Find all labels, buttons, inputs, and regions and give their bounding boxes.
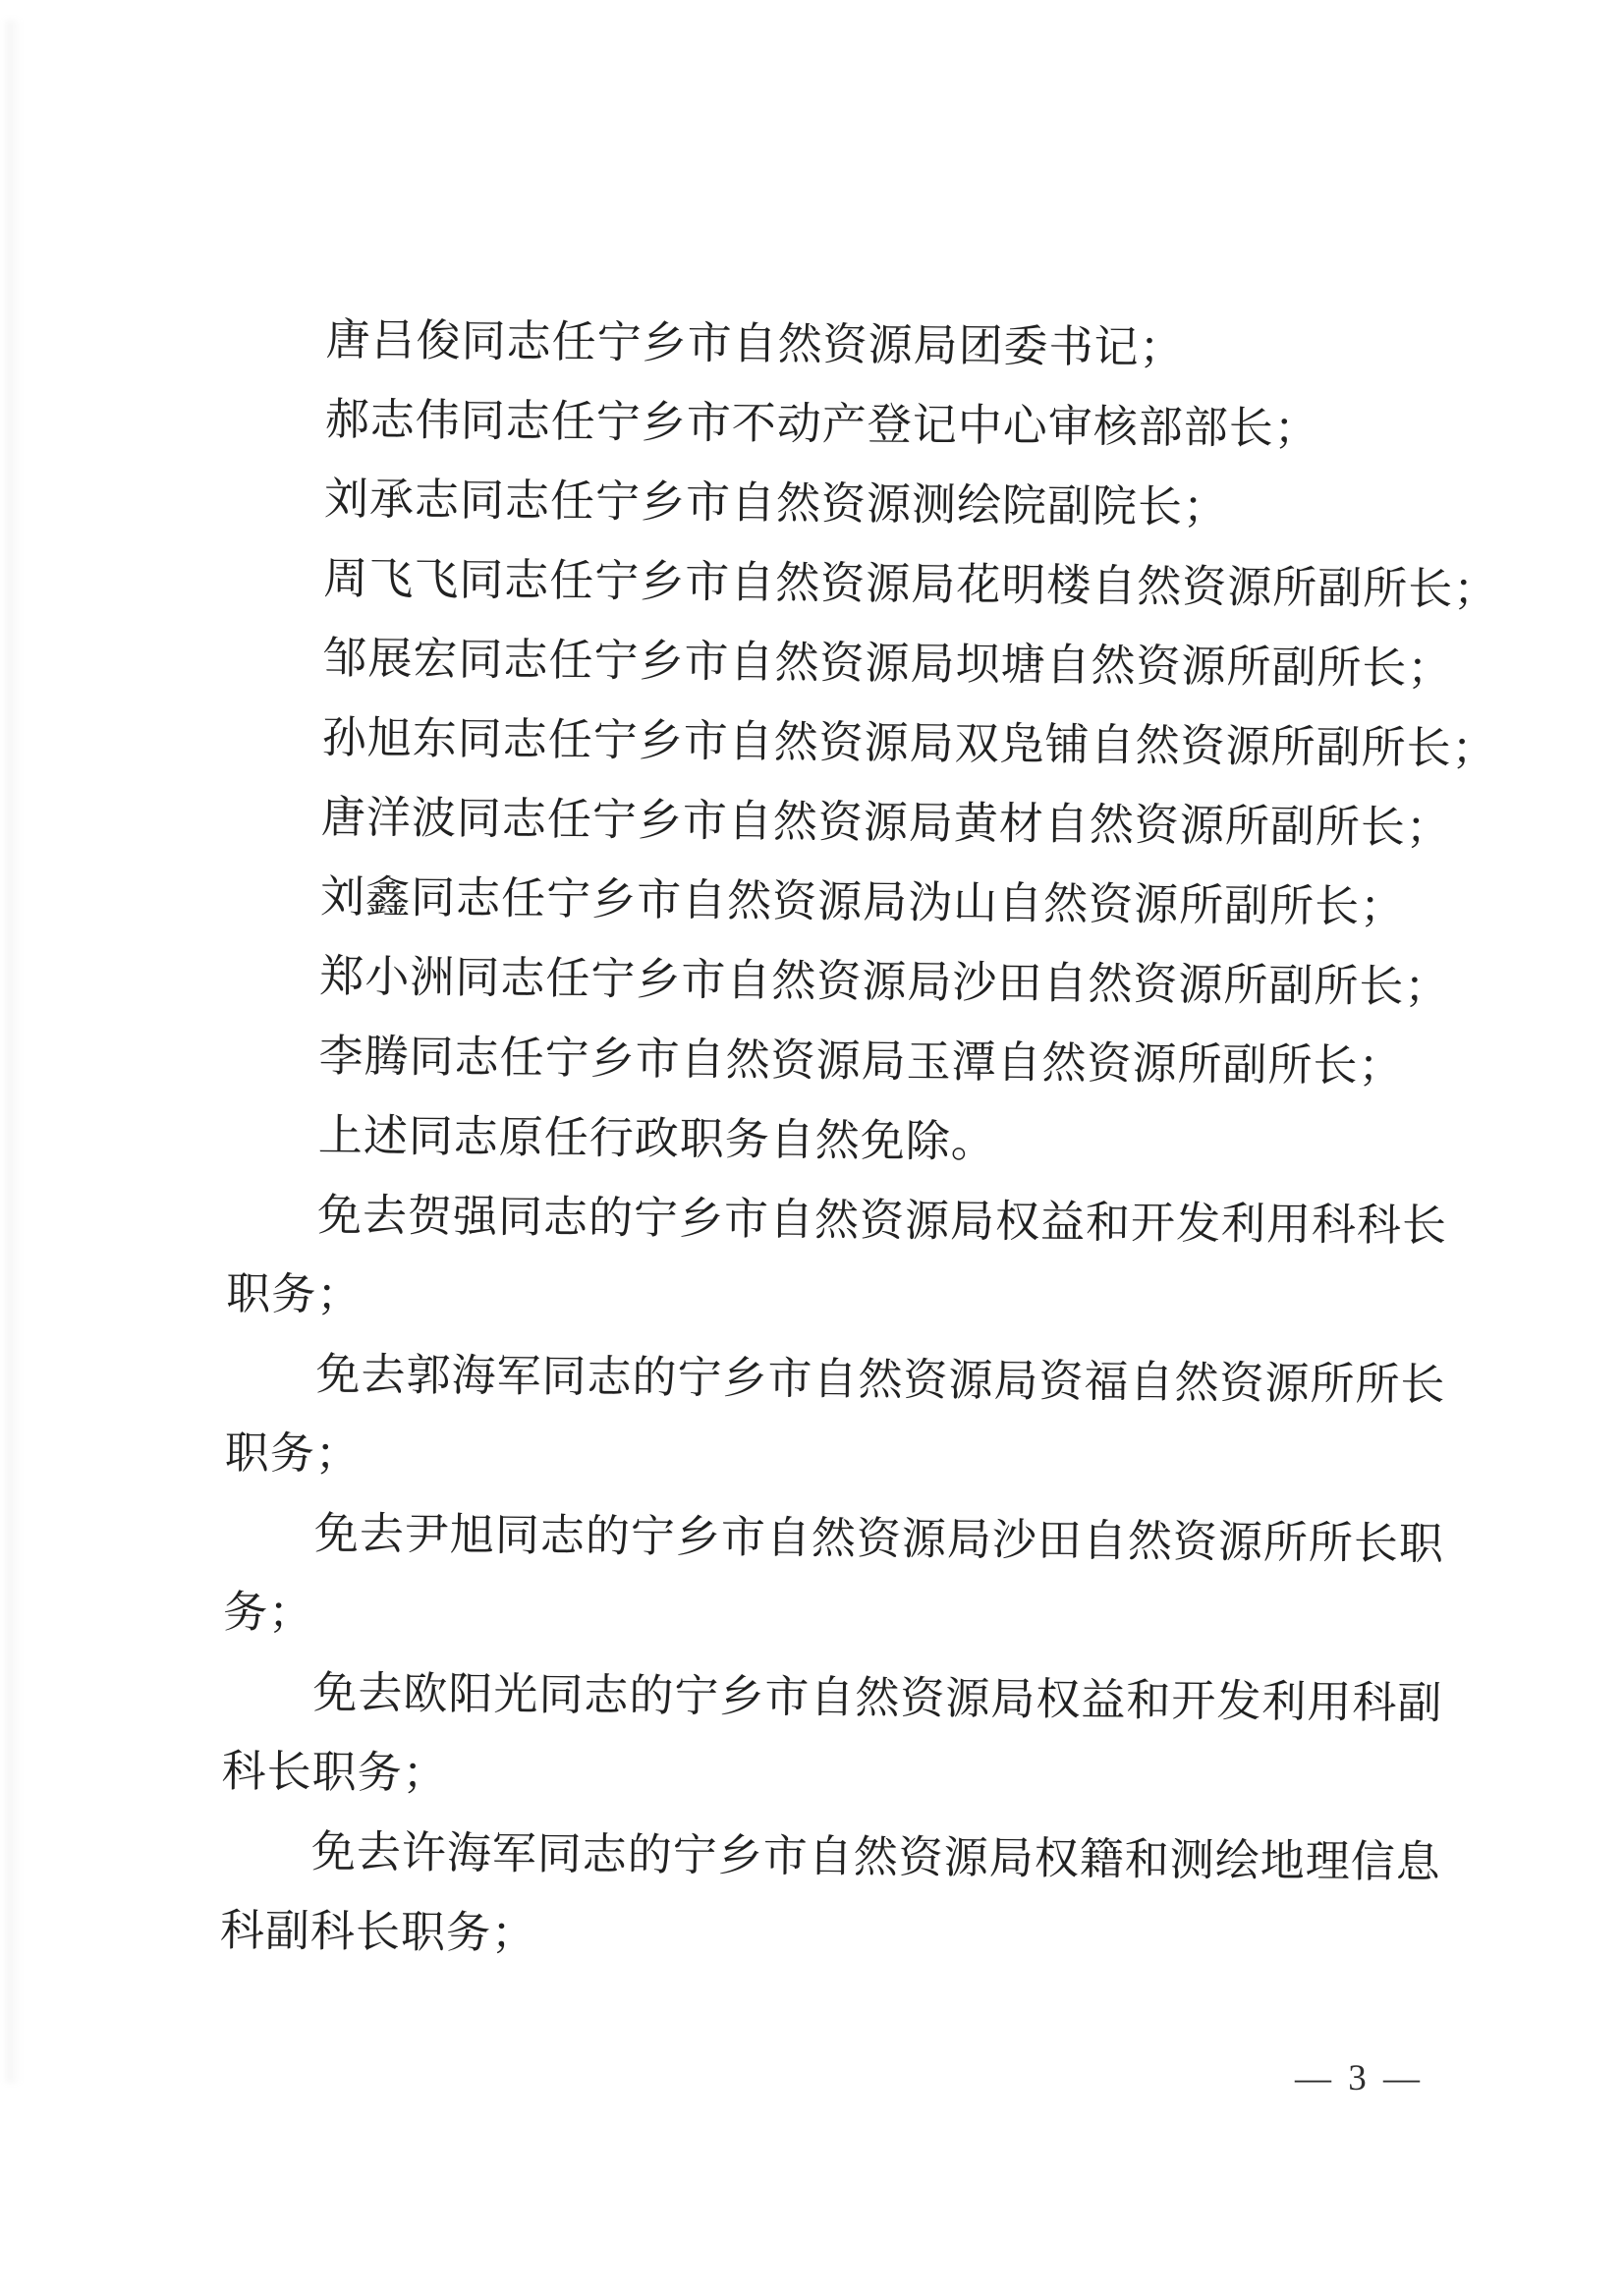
page-number: — 3 — [1295,2057,1424,2099]
document-line: 李腾同志任宁乡市自然资源局玉潭自然资源所副所长； [228,1016,1453,1107]
document-line: 上述同志原任行政职务自然免除。 [227,1095,1452,1187]
document-line: 科副科长职务； [220,1891,1445,1983]
document-page: 唐吕俊同志任宁乡市自然资源局团委书记； 郝志伟同志任宁乡市不动产登记中心审核部部… [0,0,1624,2295]
document-line: 邹展宏同志任宁乡市自然资源局坝塘自然资源所副所长； [232,618,1457,709]
document-line: 免去许海军同志的宁乡市自然资源局权籍和测绘地理信息 [220,1812,1445,1903]
document-line: 孙旭东同志任宁乡市自然资源局双凫铺自然资源所副所长； [231,698,1456,789]
document-line: 职务； [226,1255,1451,1346]
document-line: 郑小洲同志任宁乡市自然资源局沙田自然资源所副所长； [229,936,1454,1028]
document-body: 唐吕俊同志任宁乡市自然资源局团委书记； 郝志伟同志任宁乡市不动产登记中心审核部部… [220,300,1460,1983]
document-line: 周飞飞同志任宁乡市自然资源局花明楼自然资源所副所长； [233,538,1458,630]
document-line: 唐吕俊同志任宁乡市自然资源局团委书记； [235,300,1460,391]
document-line: 刘承志同志任宁乡市自然资源测绘院副院长； [234,459,1459,550]
document-line: 职务； [224,1414,1449,1505]
document-line: 免去郭海军同志的宁乡市自然资源局资福自然资源所所长 [225,1334,1450,1426]
document-line: 免去贺强同志的宁乡市自然资源局权益和开发利用科科长 [227,1175,1452,1266]
document-line: 免去欧阳光同志的宁乡市自然资源局权益和开发利用科副 [222,1652,1447,1744]
document-line: 科长职务； [221,1732,1446,1823]
document-line: 刘鑫同志任宁乡市自然资源局沩山自然资源所副所长； [230,857,1455,948]
document-line: 郝志伟同志任宁乡市不动产登记中心审核部部长； [234,379,1459,471]
document-line: 免去尹旭同志的宁乡市自然资源局沙田自然资源所所长职 [224,1493,1449,1585]
scan-artifact [6,20,22,2083]
document-line: 唐洋波同志任宁乡市自然资源局黄材自然资源所副所长； [231,777,1456,868]
document-line: 务； [223,1573,1448,1664]
